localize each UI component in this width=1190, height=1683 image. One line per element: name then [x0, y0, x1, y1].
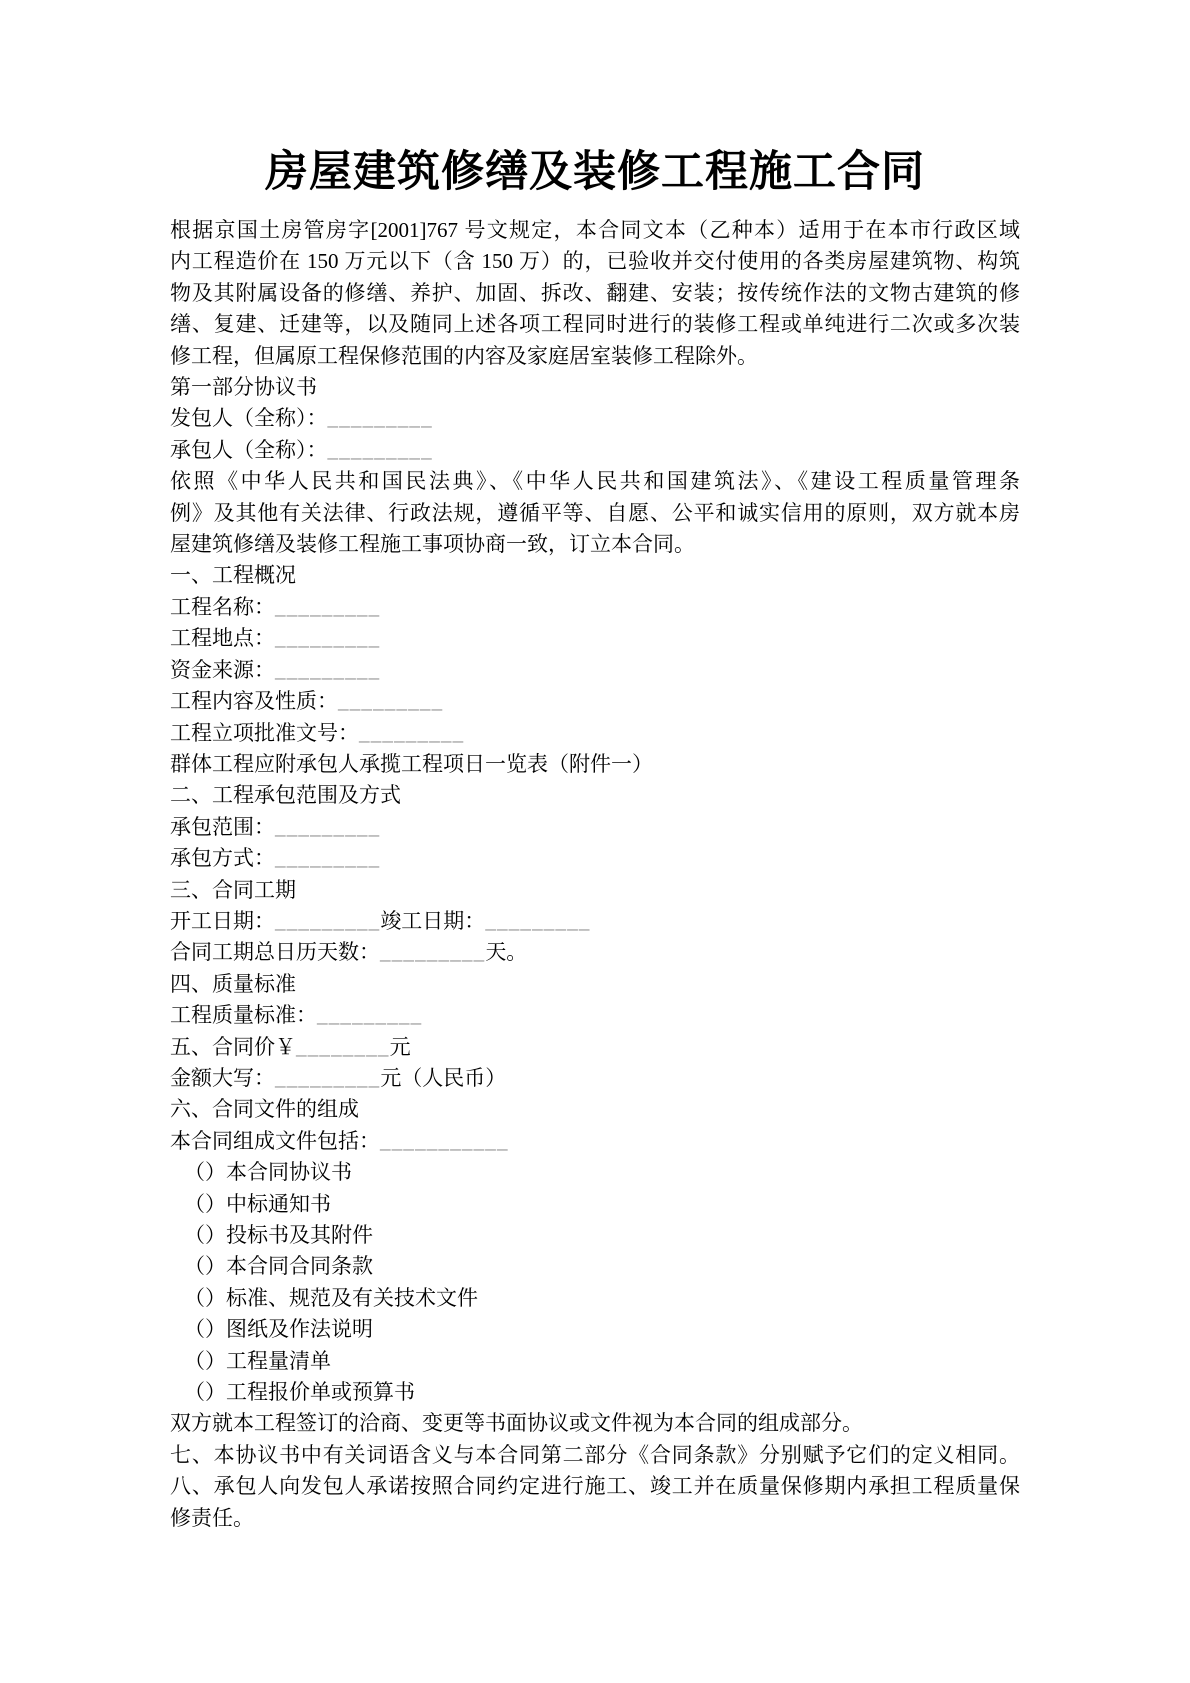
- document-line: 工程质量标准：_________: [170, 1000, 1020, 1031]
- blank-fill-field: _________: [485, 909, 590, 933]
- blank-fill-field: ___________: [380, 1129, 509, 1153]
- blank-fill-field: _________: [338, 689, 443, 713]
- blank-fill-field: _________: [275, 658, 380, 682]
- blank-fill-field: _________: [328, 406, 433, 430]
- document-line: 发包人（全称）：_________: [170, 403, 1020, 434]
- document-line: 缮、复建、迁建等，以及随同上述各项工程同时进行的装修工程或单纯进行二次或多次装: [170, 309, 1020, 340]
- document-line: 四、质量标准: [170, 969, 1020, 1000]
- document-line: 修工程，但属原工程保修范围的内容及家庭居室装修工程除外。: [170, 341, 1020, 372]
- document-line: 物及其附属设备的修缮、养护、加固、拆改、翻建、安装；按传统作法的文物古建筑的修: [170, 278, 1020, 309]
- document-line: 根据京国土房管房字[2001]767 号文规定，本合同文本（乙种本）适用于在本市…: [170, 215, 1020, 246]
- checklist-item-line: （）投标书及其附件: [170, 1220, 1020, 1251]
- document-line: 资金来源：_________: [170, 655, 1020, 686]
- document-line: 承包范围：_________: [170, 812, 1020, 843]
- blank-fill-field: _________: [275, 909, 380, 933]
- blank-fill-field: _________: [359, 721, 464, 745]
- blank-fill-field: _________: [275, 815, 380, 839]
- document-line: 工程立项批准文号：_________: [170, 718, 1020, 749]
- document-line: 合同工期总日历天数：_________天。: [170, 937, 1020, 968]
- document-line: 六、合同文件的组成: [170, 1094, 1020, 1125]
- document-line: 二、工程承包范围及方式: [170, 780, 1020, 811]
- blank-fill-field: _________: [275, 1066, 380, 1090]
- blank-fill-field: _________: [317, 1003, 422, 1027]
- document-body: 根据京国土房管房字[2001]767 号文规定，本合同文本（乙种本）适用于在本市…: [170, 215, 1020, 1534]
- document-line: 工程内容及性质：_________: [170, 686, 1020, 717]
- checklist-item-line: （）标准、规范及有关技术文件: [170, 1283, 1020, 1314]
- document-line: 三、合同工期: [170, 875, 1020, 906]
- checklist-item-line: （）本合同合同条款: [170, 1251, 1020, 1282]
- document-page: 房屋建筑修缮及装修工程施工合同 根据京国土房管房字[2001]767 号文规定，…: [0, 0, 1190, 1683]
- document-title: 房屋建筑修缮及装修工程施工合同: [170, 148, 1020, 198]
- document-line: 屋建筑修缮及装修工程施工事项协商一致，订立本合同。: [170, 529, 1020, 560]
- document-line: 金额大写：_________元（人民币）: [170, 1063, 1020, 1094]
- document-line: 一、工程概况: [170, 560, 1020, 591]
- document-line: 第一部分协议书: [170, 372, 1020, 403]
- document-line: 承包人（全称）：_________: [170, 435, 1020, 466]
- document-line: 工程名称：_________: [170, 592, 1020, 623]
- blank-fill-field: _________: [275, 595, 380, 619]
- blank-fill-field: _________: [380, 940, 485, 964]
- document-line: 内工程造价在 150 万元以下（含 150 万）的，已验收并交付使用的各类房屋建…: [170, 246, 1020, 277]
- document-line: 修责任。: [170, 1503, 1020, 1534]
- checklist-item-line: （）工程量清单: [170, 1346, 1020, 1377]
- document-line: 工程地点：_________: [170, 623, 1020, 654]
- document-line: 开工日期：_________竣工日期：_________: [170, 906, 1020, 937]
- document-line: 依照《中华人民共和国民法典》、《中华人民共和国建筑法》、《建设工程质量管理条: [170, 466, 1020, 497]
- document-line: 双方就本工程签订的洽商、变更等书面协议或文件视为本合同的组成部分。: [170, 1408, 1020, 1439]
- blank-fill-field: ________: [296, 1035, 390, 1059]
- document-line: 七、本协议书中有关词语含义与本合同第二部分《合同条款》分别赋予它们的定义相同。: [170, 1440, 1020, 1471]
- checklist-item-line: （）工程报价单或预算书: [170, 1377, 1020, 1408]
- document-content: 房屋建筑修缮及装修工程施工合同 根据京国土房管房字[2001]767 号文规定，…: [170, 148, 1020, 1534]
- checklist-item-line: （）中标通知书: [170, 1189, 1020, 1220]
- blank-fill-field: _________: [275, 846, 380, 870]
- document-line: 五、合同价￥________元: [170, 1032, 1020, 1063]
- blank-fill-field: _________: [275, 626, 380, 650]
- document-line: 例》及其他有关法律、行政法规，遵循平等、自愿、公平和诚实信用的原则，双方就本房: [170, 498, 1020, 529]
- checklist-item-line: （）图纸及作法说明: [170, 1314, 1020, 1345]
- document-line: 本合同组成文件包括：___________: [170, 1126, 1020, 1157]
- blank-fill-field: _________: [328, 438, 433, 462]
- document-line: 群体工程应附承包人承揽工程项日一览表（附件一）: [170, 749, 1020, 780]
- document-line: 承包方式：_________: [170, 843, 1020, 874]
- document-line: 八、承包人向发包人承诺按照合同约定进行施工、竣工并在质量保修期内承担工程质量保: [170, 1471, 1020, 1502]
- checklist-item-line: （）本合同协议书: [170, 1157, 1020, 1188]
